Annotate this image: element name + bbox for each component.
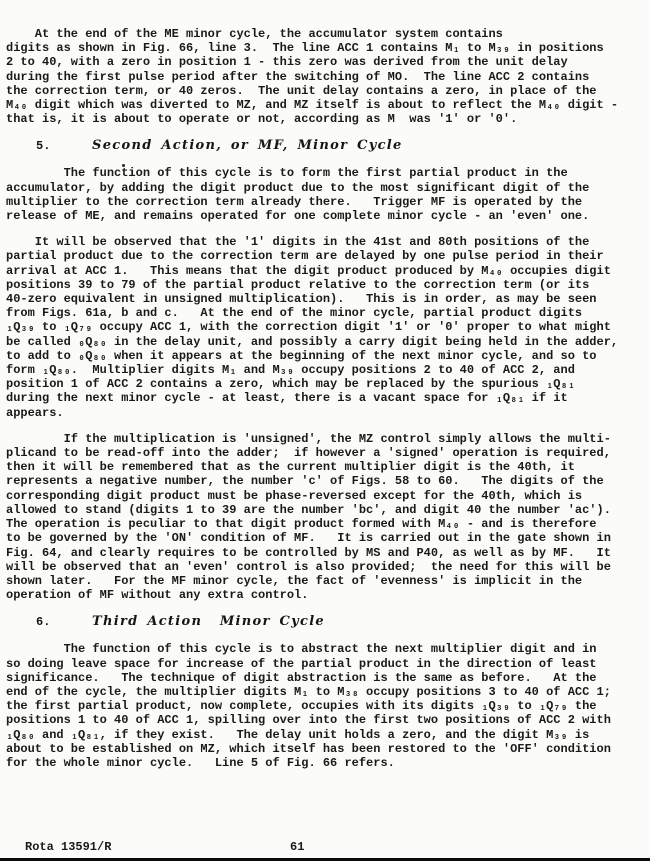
section-heading-6: 6. Third Action Minor Cycle bbox=[6, 614, 644, 630]
paragraph-me-cycle-end: At the end of the ME minor cycle, the ac… bbox=[6, 27, 644, 126]
paragraph-third-action: The function of this cycle is to abstrac… bbox=[6, 642, 644, 770]
footer-reference-number: Rota 13591/R bbox=[25, 840, 111, 854]
section-title: Second Action, or MF, Minor Cycle bbox=[92, 138, 403, 154]
scan-speck-artifact bbox=[122, 164, 125, 167]
paragraph-partial-product-digits: It will be observed that the '1' digits … bbox=[6, 235, 644, 420]
paragraph-mf-function: The function of this cycle is to form th… bbox=[6, 166, 644, 223]
footer-page-number: 61 bbox=[290, 840, 304, 854]
section-title: Third Action Minor Cycle bbox=[92, 614, 325, 630]
section-heading-5: 5. Second Action, or MF, Minor Cycle bbox=[6, 138, 644, 154]
section-number: 5. bbox=[36, 138, 92, 154]
section-number: 6. bbox=[36, 614, 92, 630]
paragraph-signed-unsigned: If the multiplication is 'unsigned', the… bbox=[6, 432, 644, 602]
document-page: At the end of the ME minor cycle, the ac… bbox=[0, 0, 650, 861]
